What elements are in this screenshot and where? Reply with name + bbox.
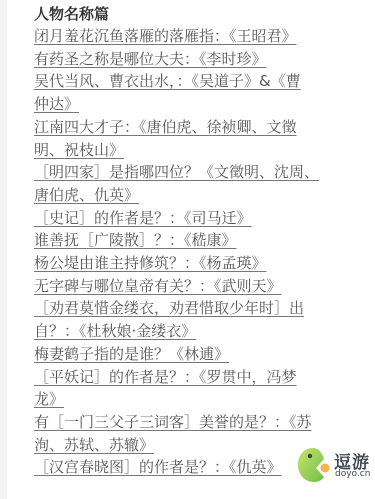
qa-line-text: 明、祝枝山》: [34, 141, 124, 159]
qa-line: 谁善抚［广陵散］？：《嵇康》: [34, 229, 364, 252]
qa-line: 明、祝枝山》: [34, 139, 364, 162]
qa-line: 杨公堤由谁主持修筑？：《杨孟瑛》: [34, 252, 364, 275]
qa-line: 仲达》: [34, 93, 364, 116]
section-title: 人物名称篇: [34, 3, 364, 25]
qa-line-text: 杨公堤由谁主持修筑？：《杨孟瑛》: [34, 254, 267, 272]
qa-line-text: ［平妖记］的作者是？：《罗贯中，冯梦: [34, 368, 297, 386]
qa-line: 无字碑与哪位皇帝有关？：《武则天》: [34, 275, 364, 298]
doyo-domain: doyo.cn: [335, 469, 370, 479]
qa-line: ［史记］的作者是？：《司马迁》: [34, 207, 364, 230]
qa-line: 闭月羞花沉鱼落雁的落雁指：《王昭君》: [34, 25, 364, 48]
qa-line-text: 吴代当风、曹衣出水，：《吴道子》&《曹: [34, 72, 301, 90]
qa-line-text: ［明四家］是指哪四位？《文徵明、沈周、: [34, 163, 319, 181]
qa-line-text: ［史记］的作者是？：《司马迁》: [34, 209, 252, 227]
qa-line: 梅妻鹤子指的是谁？《林逋》: [34, 343, 364, 366]
qa-line: 有药圣之称是哪位大夫：《李时珍》: [34, 48, 364, 71]
qa-line-text: ［劝君莫惜金缕衣，劝君惜取少年时］出: [34, 299, 304, 317]
qa-line-text: 江南四大才子：《唐伯虎、徐祯卿、文徵: [34, 118, 297, 136]
doyo-logo-icon: [296, 446, 330, 484]
qa-line: 唐伯虎、仇英》: [34, 184, 364, 207]
doyo-watermark: 逗游 doyo.cn: [296, 446, 374, 486]
qa-line: ［劝君莫惜金缕衣，劝君惜取少年时］出: [34, 297, 364, 320]
qa-line-text: 龙》: [34, 390, 64, 408]
qa-line: 江南四大才子：《唐伯虎、徐祯卿、文徵: [34, 116, 364, 139]
qa-line: 自？：《杜秋娘·金缕衣》: [34, 320, 364, 343]
qa-line-text: 有药圣之称是哪位大夫：《李时珍》: [34, 50, 267, 68]
qa-line-text: 有［一门三父子三词客］美誉的是？：《苏: [34, 413, 312, 431]
qa-line-text: 闭月羞花沉鱼落雁的落雁指：《王昭君》: [34, 27, 297, 45]
qa-line-text: 无字碑与哪位皇帝有关？：《武则天》: [34, 277, 282, 295]
qa-line-text: 唐伯虎、仇英》: [34, 186, 139, 204]
page-left-edge: [0, 0, 7, 499]
qa-line: 吴代当风、曹衣出水，：《吴道子》&《曹: [34, 70, 364, 93]
qa-line-text: ［汉宫春晓图］的作者是？：《仇英》: [34, 458, 282, 476]
qa-line-text: 谁善抚［广陵散］？：《嵇康》: [34, 231, 237, 249]
qa-line-text: 梅妻鹤子指的是谁？《林逋》: [34, 345, 229, 363]
article-content: 人物名称篇 闭月羞花沉鱼落雁的落雁指：《王昭君》有药圣之称是哪位大夫：《李时珍》…: [34, 3, 364, 479]
qa-list: 闭月羞花沉鱼落雁的落雁指：《王昭君》有药圣之称是哪位大夫：《李时珍》吴代当风、曹…: [34, 25, 364, 479]
qa-line: ［平妖记］的作者是？：《罗贯中，冯梦: [34, 366, 364, 389]
qa-line-text: 洵、苏轼、苏辙》: [34, 436, 154, 454]
qa-line-text: 仲达》: [34, 95, 79, 113]
qa-line-text: 自？：《杜秋娘·金缕衣》: [34, 322, 196, 340]
qa-line: ［明四家］是指哪四位？《文徵明、沈周、: [34, 161, 364, 184]
qa-line: 龙》: [34, 388, 364, 411]
qa-line: 有［一门三父子三词客］美誉的是？：《苏: [34, 411, 364, 434]
